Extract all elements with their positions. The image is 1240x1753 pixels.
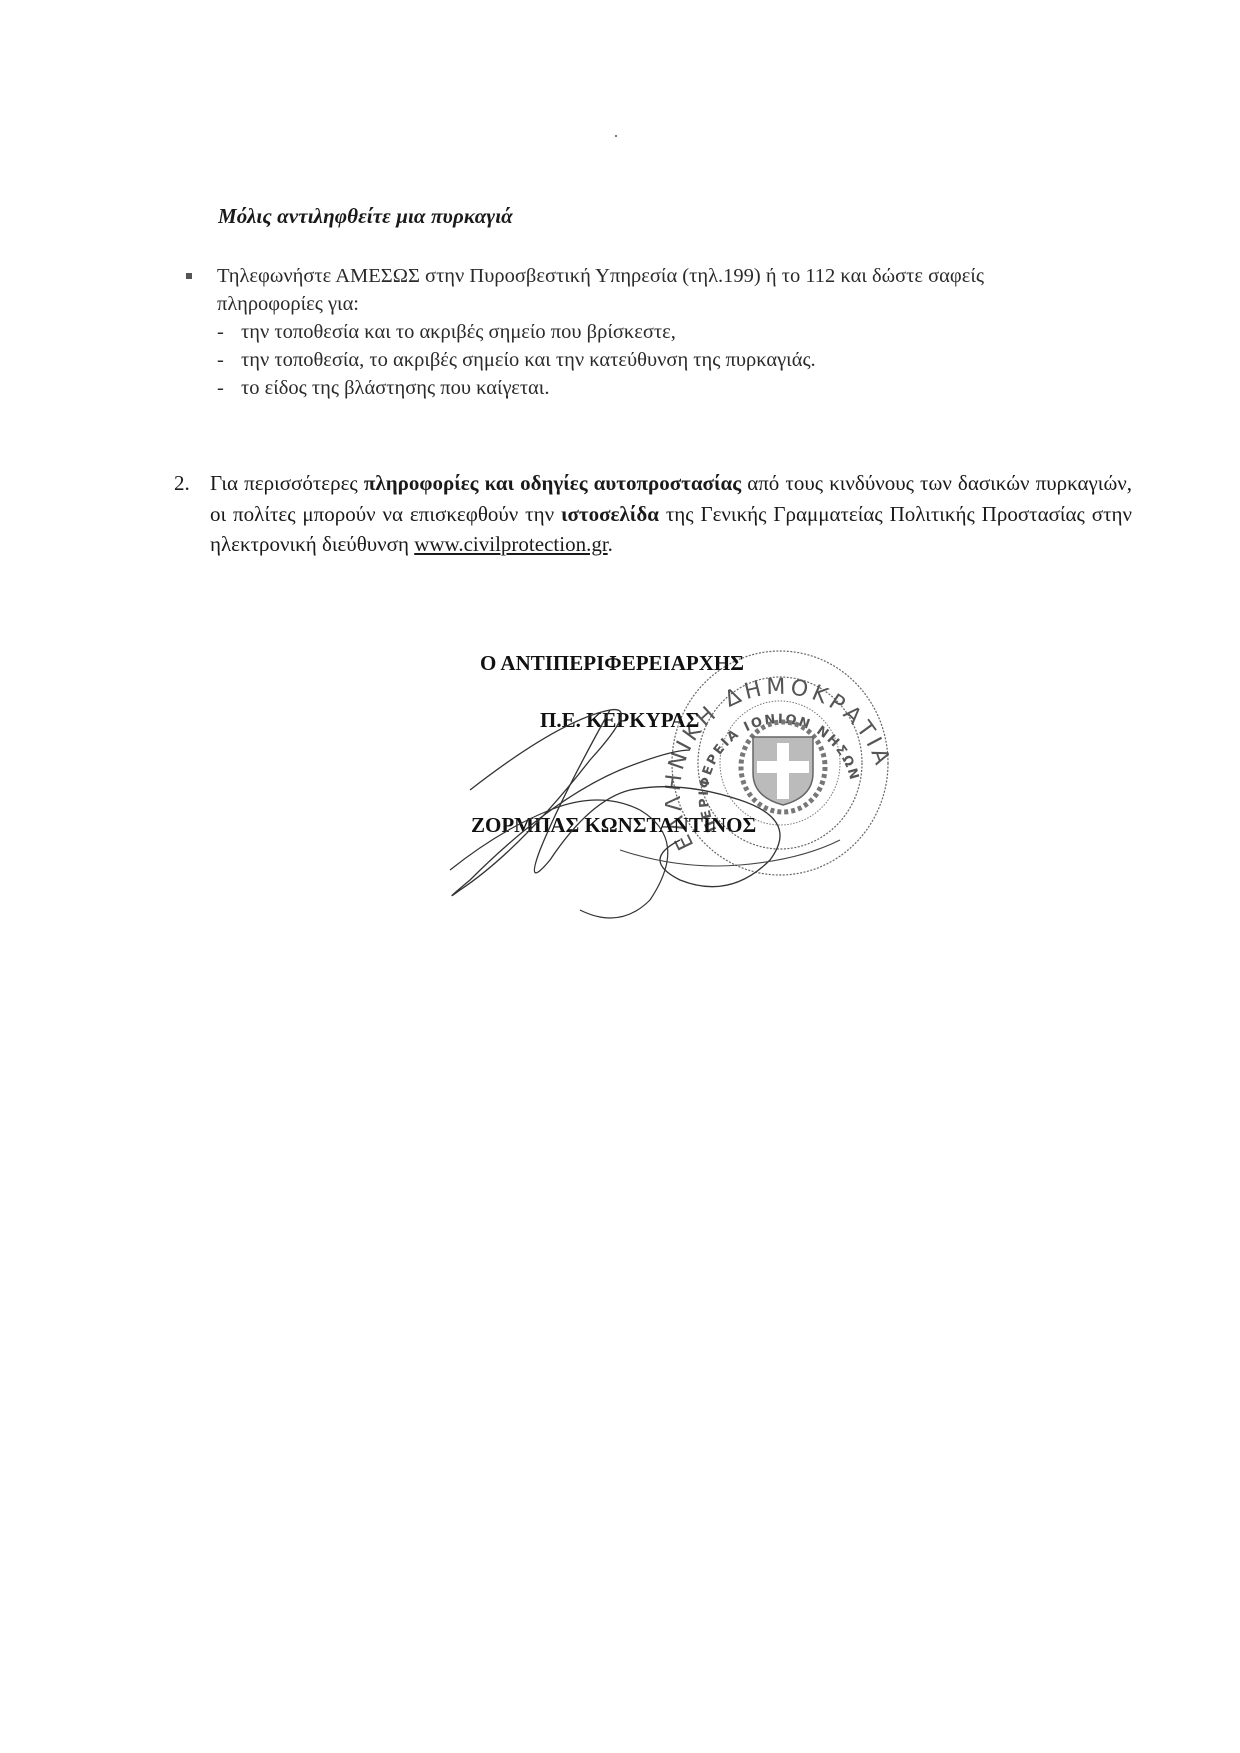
document-page: Μόλις αντιληφθείτε μια πυρκαγιά Τηλεφωνή… <box>0 0 1240 1753</box>
sub-item: -την τοποθεσία και το ακριβές σημείο που… <box>217 318 1086 346</box>
signatory-name: ΖΟΡΜΠΑΣ ΚΩΝΣΤΑΝΤΙΝΟΣ <box>471 813 756 838</box>
greek-coat-of-arms-icon <box>741 722 825 812</box>
official-stamp-icon: ΕΛΛΗΝΙΚΗ ΔΗΜΟΚΡΑΤΙΑ ΠΕΡΙΦΕΡΕΙΑ ΙΟΝΙΩΝ ΝΗ… <box>665 645 895 885</box>
civilprotection-link[interactable]: www.civilprotection.gr <box>414 532 607 556</box>
sub-item: -την τοποθεσία, το ακριβές σημείο και τη… <box>217 346 1086 374</box>
item-paragraph: Για περισσότερες πληροφορίες και οδηγίες… <box>210 468 1132 560</box>
bullet-text: Τηλεφωνήστε ΑΜΕΣΩΣ στην Πυροσβεστική Υπη… <box>217 262 1086 318</box>
item-number: 2. <box>174 468 190 499</box>
sub-item: -το είδος της βλάστησης που καίγεται. <box>217 374 1086 402</box>
bold-phrase: ιστοσελίδα <box>561 502 659 526</box>
numbered-item-2: 2. Για περισσότερες πληροφορίες και οδηγ… <box>174 468 1132 560</box>
scan-speck <box>615 135 617 137</box>
section-heading: Μόλις αντιληφθείτε μια πυρκαγιά <box>218 204 513 229</box>
bullet-item: Τηλεφωνήστε ΑΜΕΣΩΣ στην Πυροσβεστική Υπη… <box>186 262 1086 402</box>
square-bullet-icon <box>186 273 192 279</box>
signatory-unit: Π.Ε. ΚΕΡΚΥΡΑΣ <box>540 708 699 733</box>
signatory-title: Ο ΑΝΤΙΠΕΡΙΦΕΡΕΙΑΡΧΗΣ <box>480 651 744 676</box>
bold-phrase: πληροφορίες και οδηγίες αυτοπροστασίας <box>364 471 741 495</box>
